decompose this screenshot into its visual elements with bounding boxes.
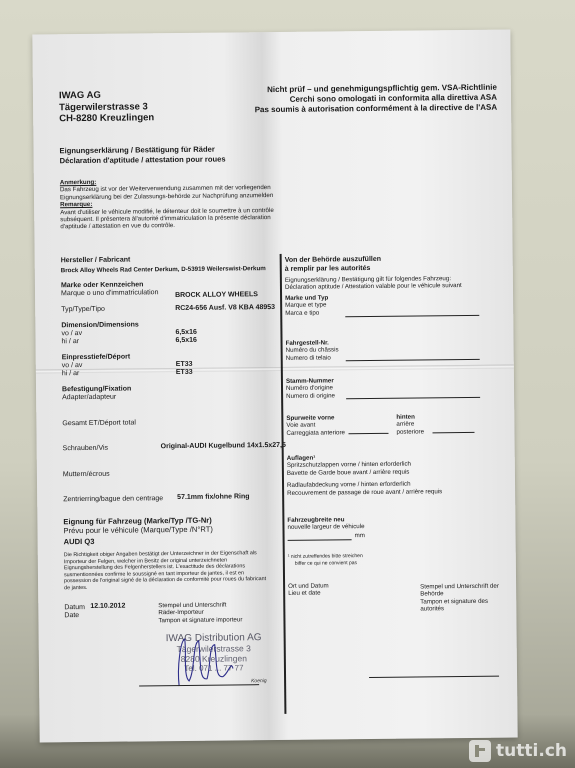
- authority-heading: Von der Behörde auszufüllen à remplir pa…: [285, 256, 382, 274]
- track-front-label: Spurweite vorne Voie avant Carreggiata a…: [286, 414, 345, 437]
- bolts-label: Schrauben/Vis: [63, 445, 108, 454]
- manufacturer-value: Brock Alloy Wheels Rad Center Derkum, D-…: [61, 265, 266, 275]
- tutti-watermark: tutti.ch: [469, 740, 567, 762]
- importer-stamp-label: Stempel und Unterschrift Räder-Importeur…: [158, 601, 242, 624]
- origin-number-field[interactable]: [346, 396, 480, 399]
- brand-label-fr: Marque o uno d'immatriculation: [61, 289, 159, 299]
- date-value: 12.10.2012: [90, 603, 125, 612]
- chassis-label: Fahrgestell-Nr. Numéro du châssis Numero…: [286, 339, 339, 362]
- total-offset-label: Gesamt ET/Déport total: [62, 419, 136, 428]
- dimension-rear-value: 6,5x16: [175, 337, 197, 346]
- validity-note: Eignungserklärung / Bestätigung gilt für…: [285, 275, 462, 292]
- vehicle-width-field[interactable]: [288, 538, 352, 541]
- make-type-field[interactable]: [345, 314, 479, 317]
- issuer-city: CH-8280 Kreuzlingen: [59, 112, 154, 124]
- remark-block: Anmerkung: Das Fahrzeug ist vor der Weit…: [60, 177, 276, 231]
- authority-signature-line: [369, 676, 499, 678]
- issuer-address: IWAG AG Tägerwilerstrasse 3 CH-8280 Kreu…: [59, 89, 154, 124]
- brand-value: BROCK ALLOY WHEELS: [175, 291, 258, 300]
- track-front-field[interactable]: [348, 432, 388, 434]
- authority-stamp-label: Stempel und Unterschrift der Behörde Tam…: [420, 583, 499, 613]
- vehicle-value: AUDI Q3: [64, 538, 95, 547]
- offset-rear-label: hi / ar: [62, 370, 80, 379]
- importer-confirmation: Die Richtigkeit obiger Angaben bestätigt…: [64, 550, 269, 592]
- adapter-label: Adapter/adapteur: [62, 394, 116, 403]
- tutti-logo-icon: [469, 740, 491, 762]
- paper-fold: [36, 364, 514, 373]
- vehicle-width-label: Fahrzeugbreite neu nouvelle largeur de v…: [287, 516, 364, 532]
- approval-notice: Nicht prüf – und genehmigungspflichtig g…: [254, 83, 497, 116]
- centering-value: 57.1mm fix/ohne Ring: [177, 493, 249, 502]
- type-value: RC24-656 Ausf. V8 KBA 48953: [175, 304, 275, 314]
- bolts-value: Original-AUDI Kugelbund 14x1.5x27,5: [161, 442, 286, 452]
- certificate-document: IWAG AG Tägerwilerstrasse 3 CH-8280 Kreu…: [32, 30, 517, 743]
- make-type-label: Marke und Typ Marque et type Marca e tip…: [285, 294, 328, 317]
- date-label-fr: Date: [64, 612, 79, 621]
- document-title: Eignungserklärung / Bestätigung für Räde…: [59, 145, 225, 166]
- vehicle-label-fr: Prévu pour le véhicule (Marque/Type /N°R…: [63, 526, 212, 536]
- nuts-label: Muttern/écrous: [63, 471, 110, 480]
- conditions-block: Auflagen¹ Spritzschutzlappen vorne / hin…: [287, 453, 443, 497]
- type-label: Typ/Type/Tipo: [61, 306, 105, 315]
- dimension-rear-label: hi / ar: [61, 338, 79, 347]
- track-rear-field[interactable]: [432, 431, 474, 433]
- issuer-name: IWAG AG: [59, 89, 154, 101]
- chassis-number-field[interactable]: [346, 358, 480, 361]
- width-unit: mm: [355, 532, 365, 540]
- manufacturer-label: Hersteller / Fabricant: [61, 257, 131, 266]
- offset-rear-value: ET33: [176, 369, 193, 378]
- issuer-street: Tägerwilerstrasse 3: [59, 101, 154, 113]
- origin-number-label: Stamm-Nummer Numéro d'origine Numero di …: [286, 377, 335, 400]
- track-rear-label: hinten arrière posteriore: [396, 413, 424, 436]
- centering-label: Zentrierring/bague den centrage: [63, 495, 163, 505]
- footnote: ¹ nicht zutreffendes bitte streichen bif…: [288, 553, 363, 567]
- place-date-label: Ort und Datum Lieu et date: [288, 582, 329, 597]
- signer-name: Koenig: [251, 678, 267, 684]
